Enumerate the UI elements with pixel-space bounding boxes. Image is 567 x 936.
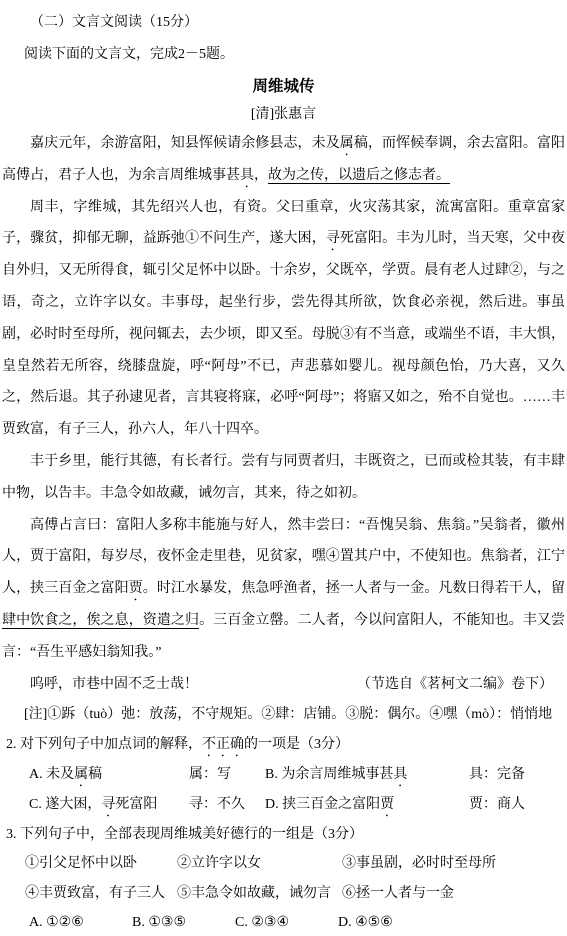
item-2: ②立许字以女	[177, 849, 342, 879]
item-4: ④丰贾致富，有子三人	[25, 879, 177, 909]
option-a-phrase: 未及属稿	[46, 767, 102, 782]
article-body: 嘉庆元年，余游富阳，知县恽候请余修县志，未及属稿，而恽候奉调，余去富阳。富阳高傅…	[2, 128, 565, 700]
paragraph-3: 丰于乡里，能行其德，有长者行。尝有与同贾者归，丰既资之，已而或检其装，有丰肆中物…	[2, 446, 565, 510]
question-2-options-row-2: C. 遂大困，寻死富阳 寻：不久 D. 挟三百金之富阳贾 贾：商人	[2, 790, 565, 820]
answer-b: B. ①③⑤	[132, 908, 235, 936]
item-1: ①引父足怀中以卧	[25, 849, 177, 879]
question-2-options-row-1: A. 未及属稿 属：写 B. 为余言周维城事甚具 具：完备	[2, 760, 565, 790]
option-c-phrase: 遂大困，寻死富阳	[45, 797, 157, 812]
paragraph-4: 高傅占言曰：富阳人多称丰能施与好人，然丰尝曰：“吾愧吴翁、焦翁。”吴翁者，徽州人…	[2, 510, 565, 669]
exam-page: （二）文言文阅读（15分） 阅读下面的文言文，完成2－5题。 周维城传 [清]张…	[0, 0, 567, 936]
source-attribution: （节选自《茗柯文二编》卷下）	[357, 669, 565, 701]
answer-d: D. ④⑤⑥	[338, 908, 565, 936]
questions-section: [注]①跅（tuò）弛：放荡，不守规矩。②肆：店铺。③脱：偶尔。④嘿（mò）：悄…	[2, 700, 565, 936]
item-3: ③事虽剧，必时时至母所	[342, 849, 565, 879]
option-a-label: A.	[29, 767, 46, 782]
option-b-phrase: 为余言周维城事甚具	[281, 767, 407, 782]
option-a-gloss: 属：写	[189, 760, 265, 790]
answer-c: C. ②③④	[235, 908, 338, 936]
option-d-phrase: 挟三百金之富阳贾	[282, 797, 394, 812]
option-c: C. 遂大困，寻死富阳	[29, 790, 189, 820]
option-c-gloss: 寻：不久	[189, 790, 265, 820]
paragraph-1: 嘉庆元年，余游富阳，知县恽候请余修县志，未及属稿，而恽候奉调，余去富阳。富阳高傅…	[2, 128, 565, 192]
item-6: ⑥拯一人者与一金	[342, 879, 565, 909]
reading-instruction: 阅读下面的文言文，完成2－5题。	[2, 38, 565, 72]
article-author: [清]张惠言	[2, 102, 565, 128]
question-2-stem: 2. 对下列句子中加点词的解释，不正确的一项是（3分）	[2, 730, 565, 760]
section-header: （二）文言文阅读（15分）	[2, 8, 565, 38]
option-b-label: B.	[265, 767, 281, 782]
footnotes: [注]①跅（tuò）弛：放荡，不守规矩。②肆：店铺。③脱：偶尔。④嘿（mò）：悄…	[2, 700, 565, 730]
closing-exclamation: 呜呼，市巷中固不乏士哉！	[2, 669, 198, 701]
answer-a: A. ①②⑥	[29, 908, 132, 936]
question-3-items-row-1: ①引父足怀中以卧 ②立许字以女 ③事虽剧，必时时至母所	[2, 849, 565, 879]
article-title: 周维城传	[2, 72, 565, 102]
question-3-stem: 3. 下列句子中，全部表现周维城美好德行的一组是（3分）	[2, 820, 565, 850]
closing-line: 呜呼，市巷中固不乏士哉！ （节选自《茗柯文二编》卷下）	[2, 669, 565, 701]
paragraph-2: 周丰，字维城，其先绍兴人也，有资。父曰重章，火灾荡其家，流寓富阳。重章富家子，骤…	[2, 192, 565, 446]
option-d: D. 挟三百金之富阳贾	[265, 790, 469, 820]
option-a: A. 未及属稿	[29, 760, 189, 790]
option-d-gloss: 贾：商人	[469, 790, 565, 820]
option-b-gloss: 具：完备	[469, 760, 565, 790]
option-d-label: D.	[265, 797, 282, 812]
item-5: ⑤丰急令如故藏，诫勿言	[177, 879, 342, 909]
option-b: B. 为余言周维城事甚具	[265, 760, 469, 790]
option-c-label: C.	[29, 797, 45, 812]
question-3-answers-row: A. ①②⑥ B. ①③⑤ C. ②③④ D. ④⑤⑥	[2, 908, 565, 936]
question-3-items-row-2: ④丰贾致富，有子三人 ⑤丰急令如故藏，诫勿言 ⑥拯一人者与一金	[2, 879, 565, 909]
